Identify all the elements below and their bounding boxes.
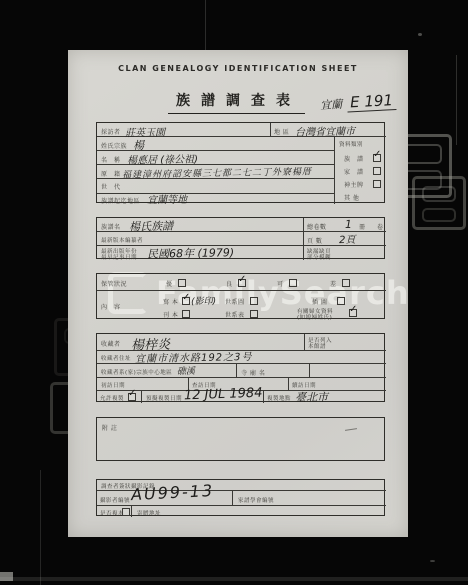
microfilm-scan: { "page": { "english_title": "CLAN GENEA… — [0, 0, 468, 585]
film-scratch — [205, 0, 206, 50]
keep-label: 保管狀況 — [101, 279, 127, 288]
check-mark: ✓ — [182, 293, 190, 303]
filmplace-label: 複製地點 — [267, 394, 291, 402]
content-illustration-checkbox — [337, 297, 345, 305]
category-item-other: 其 他 — [344, 193, 359, 202]
film-edge-spot — [0, 572, 13, 581]
content-illustration-label: 插 圖 — [312, 297, 327, 306]
name-label: 名 稱 — [101, 155, 121, 164]
filmdate-value: 12 JUL 1984 — [184, 386, 263, 404]
photo-no-value: AU99-13 — [131, 481, 215, 504]
condition-table: 保管狀況 優 良 ✓ 可 差 內 容 寫 本 ✓ (影印) 世系圖 插 圖 刊 … — [96, 273, 385, 319]
area-value: 台灣省宜蘭市 — [295, 122, 355, 138]
listed-label-2: 本館譜 — [308, 342, 326, 350]
content-table-label: 世系表 — [225, 310, 245, 319]
chinese-title: 族譜調查表 — [168, 90, 305, 114]
area-label: 地 區 — [274, 127, 289, 136]
admin-table: 調查者簽狀攝影記錄 攝影者編號 AU99-13 家譜學會編號 是否複本 寄贈地址 — [96, 479, 385, 516]
address-value: 宜蘭市清水路192之3号 — [135, 348, 253, 365]
holder-table: 收藏者 楊梓炎 是否列入 本館譜 收藏者住址 宜蘭市清水路192之3号 收藏者系… — [96, 333, 385, 402]
pencil-mark — [345, 428, 357, 431]
keep-option-poor: 差 — [330, 279, 337, 288]
photo-no-label: 攝影者編號 — [100, 496, 130, 504]
reference-place: 宜蘭 — [320, 98, 343, 112]
category-item-tablet: 神主牌 — [344, 180, 364, 189]
filmdate-label: 預擬複製日期 — [146, 394, 182, 402]
content-printed-label: 刊 本 — [163, 310, 178, 319]
content-label: 內 容 — [101, 302, 121, 311]
origin-label: 原 籍 — [101, 169, 121, 178]
english-title: CLAN GENEALOGY IDENTIFICATION SHEET — [68, 64, 408, 73]
film-spot — [418, 33, 422, 36]
scanned-form-paper: CLAN GENEALOGY IDENTIFICATION SHEET 族譜調查… — [68, 50, 408, 537]
range-label: 族譜起迄地區 — [101, 196, 140, 205]
keep-option-good: 良 — [226, 279, 233, 288]
volumes-unit-roll: 卷 — [377, 222, 384, 231]
category-family-checkbox — [373, 167, 381, 175]
name-value: 楊悳居 (祿公祖) — [127, 150, 198, 166]
content-chart-label: 世系圖 — [225, 297, 245, 306]
clan-label: 姓氏宗族 — [101, 141, 127, 150]
holder-label: 收藏者 — [101, 339, 121, 348]
keep-option-excellent: 優 — [166, 279, 173, 288]
identity-table: 採訪者 莊英玉園 地 區 台灣省宜蘭市 姓氏宗族 楊 名 稱 楊悳居 (祿公祖)… — [96, 122, 385, 203]
film-scratch — [40, 470, 41, 585]
content-manuscript-label: 寫 本 — [163, 297, 178, 306]
copy-checkbox — [122, 508, 130, 516]
permit-label: 允許複製 — [100, 394, 124, 402]
check-mark: ✓ — [238, 275, 246, 285]
keep-fair-checkbox — [289, 279, 297, 287]
year-value: 民國68年 (1979) — [147, 244, 234, 262]
title-value: 楊氏族譜 — [129, 218, 173, 235]
filmplace-value: 臺北市 — [295, 389, 328, 406]
category-item-family: 家 譜 — [344, 167, 364, 176]
pages-value: 2頁 — [339, 231, 356, 246]
film-edge-strip — [0, 577, 468, 581]
keep-excellent-checkbox — [178, 279, 186, 287]
keep-poor-checkbox — [342, 279, 350, 287]
content-chart-checkbox — [250, 297, 258, 305]
keep-option-fair: 可 — [277, 279, 284, 288]
surveyor-value: 莊英玉園 — [125, 124, 165, 140]
notes-label: 附 註 — [102, 423, 117, 432]
temple-label: 寺 廟 名 — [241, 368, 265, 377]
content-printed-checkbox — [182, 310, 190, 318]
check-mark: ✓ — [128, 389, 136, 399]
volume-table: 族譜名 楊氏族譜 總卷數 1 冊 卷 最新版本編纂者 頁 數 2頁 最新出版年份… — [96, 217, 385, 259]
surveyor-label: 採訪者 — [101, 127, 121, 136]
visit1-label: 初訪日期 — [101, 381, 125, 389]
content-manuscript-note: (影印) — [191, 294, 216, 307]
volumes-unit-book: 冊 — [359, 222, 366, 231]
address-label: 收藏者住址 — [101, 354, 131, 362]
generations-label: 世 代 — [101, 182, 121, 191]
center-label: 收藏者系(家)宗族中心地區 — [101, 368, 172, 376]
notes-table: 附 註 — [96, 417, 385, 461]
handwritten-reference: 宜蘭 E 191 — [320, 90, 397, 113]
visit3-label: 續訪日期 — [292, 381, 316, 389]
title-label: 族譜名 — [101, 222, 121, 231]
pages-label: 頁 數 — [307, 236, 322, 245]
compiler-label: 最新版本編纂者 — [101, 236, 143, 244]
range-value: 宜蘭等地 — [147, 191, 187, 207]
copy-label: 是否複本 — [100, 509, 124, 517]
check-mark: ✓ — [349, 305, 357, 315]
content-women-sublabel: (如媳婦姓氏) — [297, 313, 332, 321]
center-value: 礁溪 — [177, 364, 195, 377]
volumes-value: 1 — [345, 218, 352, 231]
category-label: 資料類別 — [339, 140, 363, 148]
year-label-2: 最早記事日期 — [101, 253, 137, 261]
check-mark: ✓ — [373, 150, 381, 160]
film-spot — [430, 560, 435, 562]
defect-label-2: 部分模糊 — [307, 253, 331, 261]
content-table-checkbox — [250, 310, 258, 318]
donate-label: 寄贈地址 — [137, 509, 161, 517]
category-item-genealogy: 族 譜 — [344, 154, 364, 163]
volumes-label: 總卷數 — [307, 222, 327, 231]
society-no-label: 家譜學會編號 — [238, 496, 274, 504]
reference-number: E 191 — [347, 91, 397, 113]
category-tablet-checkbox — [373, 180, 381, 188]
